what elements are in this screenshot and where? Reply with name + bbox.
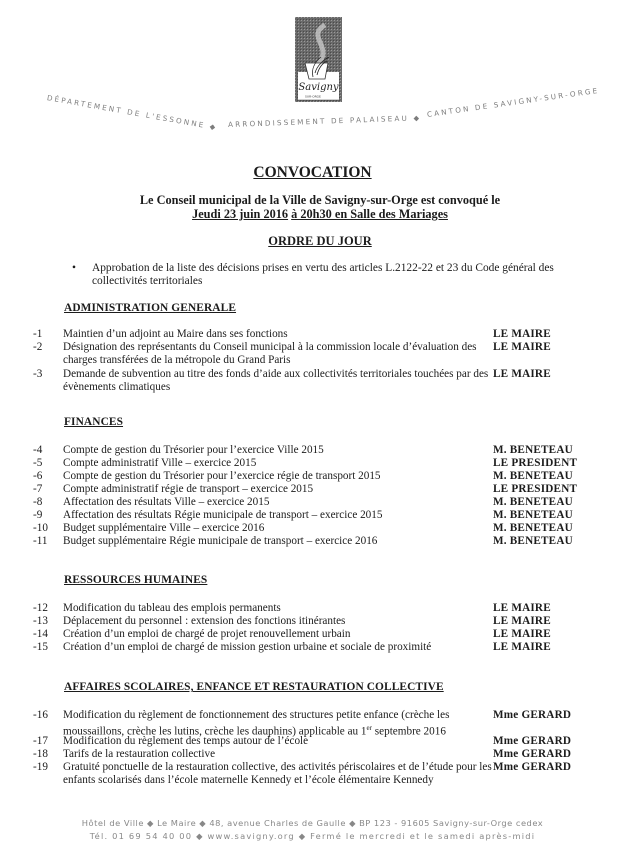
agenda-item: -17Modification du règlement des temps a… [33, 735, 593, 748]
diamond-separator-icon: ◆ [209, 122, 218, 132]
agenda-item: -14Création d’un emploi de chargé de pro… [33, 628, 593, 641]
item-description: Gratuité ponctuelle de la restauration c… [63, 761, 508, 787]
item-description: Maintien d’un adjoint au Maire dans ses … [63, 328, 508, 341]
item-rapporteur: Mme GERARD [493, 709, 571, 722]
item-number: -14 [33, 628, 48, 641]
agenda-item: -1Maintien d’un adjoint au Maire dans se… [33, 328, 593, 341]
item-number: -10 [33, 522, 48, 535]
agenda-item: -13Déplacement du personnel : extension … [33, 615, 593, 628]
item-rapporteur: LE PRESIDENT [493, 483, 577, 496]
item-rapporteur: LE PRESIDENT [493, 457, 577, 470]
item-number: -17 [33, 735, 48, 748]
document-title: CONVOCATION [0, 164, 625, 182]
item-rapporteur: LE MAIRE [493, 641, 551, 654]
agenda-item: -11Budget supplémentaire Régie municipal… [33, 535, 593, 548]
item-number: -4 [33, 444, 42, 457]
footer-contact: Tél. 01 69 54 40 00 ◆ www.savigny.org ◆ … [0, 830, 625, 843]
letterhead-arrondissement: ARRONDISSEMENT DE PALAISEAU ◆ [228, 113, 422, 129]
agenda-item: -3Demande de subvention au titre des fon… [33, 368, 593, 394]
item-number: -19 [33, 761, 48, 774]
diamond-separator-icon: ◆ [413, 113, 421, 122]
item-description: Compte administratif Ville – exercice 20… [63, 457, 508, 470]
svg-text:Savigny: Savigny [298, 82, 339, 93]
bullet-icon: • [72, 262, 76, 275]
item-number: -2 [33, 341, 42, 354]
item-number: -8 [33, 496, 42, 509]
agenda-title: ORDRE DU JOUR [0, 234, 625, 249]
item-number: -7 [33, 483, 42, 496]
item-rapporteur: LE MAIRE [493, 628, 551, 641]
item-number: -5 [33, 457, 42, 470]
agenda-item: -10Budget supplémentaire Ville – exercic… [33, 522, 593, 535]
item-description: Compte de gestion du Trésorier pour l’ex… [63, 444, 508, 457]
agenda-item: -2Désignation des représentants du Conse… [33, 341, 593, 367]
section-title: AFFAIRES SCOLAIRES, ENFANCE ET RESTAURAT… [64, 681, 444, 693]
agenda-item: -12Modification du tableau des emplois p… [33, 602, 593, 615]
item-description: Budget supplémentaire Ville – exercice 2… [63, 522, 508, 535]
item-number: -1 [33, 328, 42, 341]
item-rapporteur: M. BENETEAU [493, 444, 573, 457]
letterhead-canton: CANTON DE SAVIGNY-SUR-ORGE [426, 86, 599, 119]
item-rapporteur: M. BENETEAU [493, 535, 573, 548]
item-rapporteur: LE MAIRE [493, 615, 551, 628]
item-rapporteur: M. BENETEAU [493, 522, 573, 535]
agenda-item: -18Tarifs de la restauration collectiveM… [33, 748, 593, 761]
meeting-date: Jeudi 23 juin 2016 [192, 207, 288, 221]
agenda-item: -8Affectation des résultats Ville – exer… [33, 496, 593, 509]
agenda-item: -7Compte administratif régie de transpor… [33, 483, 593, 496]
section-title: ADMINISTRATION GENERALE [64, 302, 236, 314]
item-description: Modification du tableau des emplois perm… [63, 602, 508, 615]
svg-text:SUR-ORGE: SUR-ORGE [305, 95, 321, 99]
item-description: Demande de subvention au titre des fonds… [63, 368, 508, 394]
item-description: Compte administratif régie de transport … [63, 483, 508, 496]
item-description: Création d’un emploi de chargé de missio… [63, 641, 508, 654]
item-rapporteur: Mme GERARD [493, 748, 571, 761]
item-number: -15 [33, 641, 48, 654]
item-number: -11 [33, 535, 48, 548]
footer: Hôtel de Ville ◆ Le Maire ◆ 48, avenue C… [0, 817, 625, 843]
agenda-item: -5Compte administratif Ville – exercice … [33, 457, 593, 470]
item-rapporteur: M. BENETEAU [493, 496, 573, 509]
item-number: -9 [33, 509, 42, 522]
item-description: Budget supplémentaire Régie municipale d… [63, 535, 508, 548]
meeting-location: à 20h30 en Salle des Mariages [291, 207, 448, 221]
agenda-item: -6Compte de gestion du Trésorier pour l’… [33, 470, 593, 483]
convocation-intro: Le Conseil municipal de la Ville de Savi… [0, 193, 625, 221]
item-number: -18 [33, 748, 48, 761]
footer-address: Hôtel de Ville ◆ Le Maire ◆ 48, avenue C… [0, 817, 625, 830]
item-description: Affectation des résultats Ville – exerci… [63, 496, 508, 509]
item-number: -6 [33, 470, 42, 483]
item-description: Affectation des résultats Régie municipa… [63, 509, 508, 522]
item-rapporteur: M. BENETEAU [493, 509, 573, 522]
item-rapporteur: LE MAIRE [493, 341, 551, 354]
item-description: Désignation des représentants du Conseil… [63, 341, 508, 367]
item-rapporteur: M. BENETEAU [493, 470, 573, 483]
agenda-item: -4Compte de gestion du Trésorier pour l’… [33, 444, 593, 457]
preliminary-item: • Approbation de la liste des décisions … [72, 262, 582, 288]
item-description: Tarifs de la restauration collective [63, 748, 508, 761]
item-number: -16 [33, 709, 48, 722]
item-rapporteur: LE MAIRE [493, 328, 551, 341]
item-number: -3 [33, 368, 42, 381]
section-title: FINANCES [64, 416, 123, 428]
item-description: Modification du règlement des temps auto… [63, 735, 508, 748]
item-number: -13 [33, 615, 48, 628]
item-number: -12 [33, 602, 48, 615]
meeting-datetime: Jeudi 23 juin 2016 à 20h30 en Salle des … [0, 207, 625, 221]
item-rapporteur: LE MAIRE [493, 602, 551, 615]
item-description: Création d’un emploi de chargé de projet… [63, 628, 508, 641]
savigny-logo: Savigny SUR-ORGE [295, 17, 342, 102]
letterhead-department: DÉPARTEMENT DE L'ESSONNE ◆ [46, 93, 218, 132]
item-description: Déplacement du personnel : extension des… [63, 615, 508, 628]
item-rapporteur: Mme GERARD [493, 735, 571, 748]
intro-line: Le Conseil municipal de la Ville de Savi… [0, 193, 625, 207]
section-title: RESSOURCES HUMAINES [64, 574, 207, 586]
item-description: Compte de gestion du Trésorier pour l’ex… [63, 470, 508, 483]
agenda-item: -19Gratuité ponctuelle de la restauratio… [33, 761, 593, 787]
item-rapporteur: LE MAIRE [493, 368, 551, 381]
agenda-item: -15Création d’un emploi de chargé de mis… [33, 641, 593, 654]
agenda-item: -9Affectation des résultats Régie munici… [33, 509, 593, 522]
item-rapporteur: Mme GERARD [493, 761, 571, 774]
